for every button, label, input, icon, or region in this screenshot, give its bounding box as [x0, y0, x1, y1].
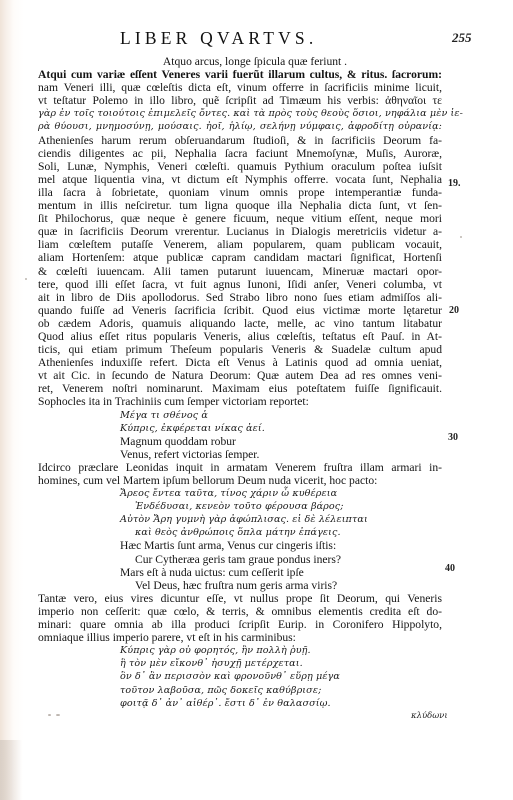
paper-speck — [25, 278, 27, 280]
verse-greek-line: ὃν δ᾽ ἂν περισσὸν καὶ φρονοῦνθ᾽ εὕρῃ μέγ… — [38, 670, 442, 683]
text-line: ticis, qui etiam primum Theſeum populari… — [38, 343, 442, 356]
page-edge-shadow — [0, 740, 22, 800]
verse-line-closing: Atquo arcus, longe ſpicula quæ feriunt . — [38, 55, 442, 68]
text-line: imperio non ceſſerit: quæ cœlo, & terris… — [38, 605, 442, 618]
text-line: Idcirco præclare Leonidas inquit in arma… — [38, 461, 442, 474]
text-line: tere, quod illi eſſet ſacra, vt fuit agn… — [38, 278, 442, 291]
verse-greek-line: Κύπρις, ἐκφέρεται νίκας ἀεί. — [38, 422, 442, 435]
text-line: ret, Venerem noſtri nominarunt. Maximam … — [38, 382, 442, 395]
text-line: Tantæ vero, eius vires dicuntur eſſe, vt… — [38, 592, 442, 605]
verse-latin-line: Magnum quoddam robur — [38, 435, 442, 448]
text-line: vt teſtatur Polemo in illo libro, quẽ ſc… — [38, 94, 442, 107]
page-number: 255 — [452, 30, 472, 46]
text-line: quando fuiſſe ad Veneris ſacrificia ſcri… — [38, 304, 442, 317]
greek-quote-line: γὰρ ἐν τοῖς τοιούτοις ἐπιμελεῖς ὄντες. κ… — [38, 107, 442, 120]
text-line: Sophocles ita in Trachiniis cum ſemper v… — [38, 395, 442, 408]
paper-speck — [48, 714, 51, 716]
text-line: aliam Hortenſem: atque publicæ capram ca… — [38, 251, 442, 264]
verse-greek-line: φοιτᾷ δ᾽ ἀν᾽ αἰθέρ᾽. ἔστι δ᾽ ἐν θαλασσίῳ… — [38, 697, 442, 710]
running-head: LIBER QVARTVS. — [120, 28, 317, 49]
text-line: Quod alius eſſet ritus popularis Veneris… — [38, 330, 442, 343]
text-line: & cœleſti iuuencam. Alii tamen putarunt … — [38, 265, 442, 278]
text-line: vt ait Cic. in ſecundo de Natura Deorum:… — [38, 369, 442, 382]
text-line: omniaque illius imperio parere, vt eſt i… — [38, 631, 442, 644]
text-line: minari: quare omnia ab illa produci ſcri… — [38, 618, 442, 631]
verse-latin-line: Vel Deus, hæc fruſtra num geris arma vir… — [38, 579, 442, 592]
greek-quote-line: ρὰ θύουσι, μνημοσύνῃ, μούσαις. ἠοῖ, ἡλίῳ… — [38, 120, 442, 133]
margin-line-number: 19. — [448, 178, 461, 189]
verse-greek-line: Ἐνδέδυσαι, κενεὸν τοῦτο φέρουσα βάρος; — [38, 500, 442, 513]
verse-latin-line: Mars eſt à nuda uictus: cum ceſſerit ipſ… — [38, 566, 442, 579]
verse-greek-line: Μέγα τι σθένος ἁ — [38, 409, 442, 422]
text-line: ſit Philochorus, quæ neque è genere ficu… — [38, 212, 442, 225]
verse-greek-line: τοῦτον λαβοῦσα, πῶς δοκεῖς καθύβρισε; — [38, 684, 442, 697]
text-line: ciendis diligentes ac pii, Nephalia ſacr… — [38, 147, 442, 160]
verse-latin-line: Hæc Martis ſunt arma, Venus cur cingeris… — [38, 539, 442, 552]
text-line: liam cœleſtem putaſſe Venerem, aliam pop… — [38, 238, 442, 251]
paper-speck — [460, 236, 462, 238]
verse-greek-line: ἣ τὸν μὲν εἴκονθ᾽ ἡσυχῇ μετέρχεται. — [38, 657, 442, 670]
verse-greek-line: Κύπρις γὰρ οὐ φορητός, ἢν πολλὴ ῥυῇ. — [38, 644, 442, 657]
text-line: Athenienſes harum rerum obſeruandarum ſt… — [38, 134, 442, 147]
margin-line-number: 20 — [449, 305, 459, 316]
text-line: nam Veneri illi, quæ cœleſtis dicta eſt,… — [38, 81, 442, 94]
margin-line-number: 30 — [448, 432, 458, 443]
margin-line-number: 40 — [445, 563, 455, 574]
verse-latin-line: Cur Cytheræa geris tam graue pondus iner… — [38, 553, 442, 566]
text-line: mentum in illis neſciretur. tum ligna qu… — [38, 199, 442, 212]
text-line: ait in libro de Diis apollodorus. Sed St… — [38, 291, 442, 304]
verse-greek-line: καὶ θεὸς ἀνθρώποις ὅπλα μάτην ἐπάγεις. — [38, 526, 442, 539]
text-line: Soli, Lunæ, Nymphis, Veneri cœleſti. qua… — [38, 160, 442, 173]
catchword: κλύδωνι — [411, 711, 448, 721]
text-line: quæ in ſacrificiis Deorum vrerentur. Luc… — [38, 225, 442, 238]
verse-latin-line: Venus, refert victorias ſemper. — [38, 448, 442, 461]
text-line: Atqui cum variæ eſſent Veneres varii fue… — [38, 68, 442, 81]
text-line: illa ſacra à ſobrietate, quoniam vinum o… — [38, 186, 442, 199]
text-line: mel atque liquentia vina, vt dictum eſt … — [38, 173, 442, 186]
main-text-block: Atquo arcus, longe ſpicula quæ feriunt .… — [38, 55, 442, 710]
verse-greek-line: Ἄρεος ἔντεα ταῦτα, τίνος χάριν ὦ κυθέρει… — [38, 487, 442, 500]
text-line: Athenienſes induxiſſe refert. Dicta eſt … — [38, 356, 442, 369]
verse-greek-line: Αὐτὸν Ἄρη γυμνὴ γὰρ ἀφώπλισας. εἰ δὲ λέλ… — [38, 513, 442, 526]
text-line: ob cædem Adoris, quamuis aliquando lacte… — [38, 317, 442, 330]
paper-speck — [56, 714, 60, 716]
text-line: homines, cum vel Martem ipſum bellorum D… — [38, 474, 442, 487]
book-page: LIBER QVARTVS. 255 Atquo arcus, longe ſp… — [0, 0, 513, 800]
